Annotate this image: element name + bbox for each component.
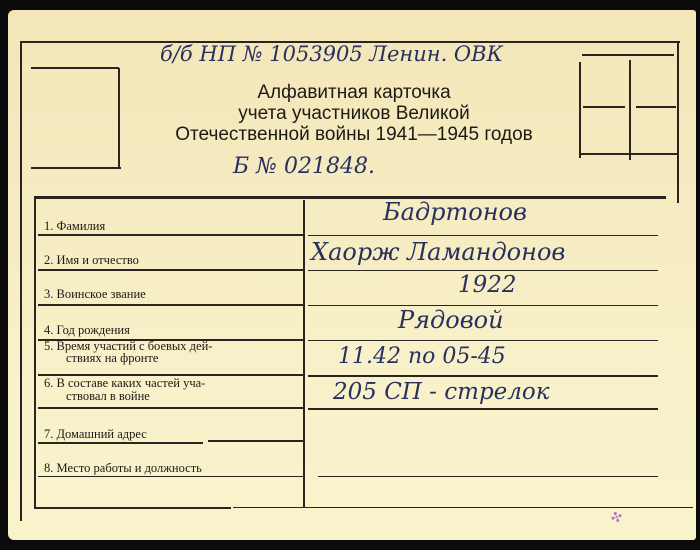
stamp-mark: ✣: [609, 508, 625, 527]
title-line-2: учета участников Великой: [118, 103, 590, 124]
card-title: Алфавитная карточка учета участников Вел…: [118, 82, 590, 145]
right-box-top: [582, 54, 674, 56]
value-line-7: [318, 476, 658, 477]
frame-right-line: [677, 43, 679, 203]
label-units-2: ствовал в войне: [66, 390, 150, 403]
value-rank: Рядовой: [398, 306, 504, 334]
handwritten-header: б/б НП № 1053905 Ленин. ОВК: [160, 42, 503, 66]
table-bottom-line-2: [233, 507, 693, 508]
value-birth-year: 1922: [458, 272, 517, 298]
label-home-address: 7. Домашний адрес: [44, 428, 147, 441]
row-sep-7a: [38, 442, 203, 444]
handwritten-number: Б № 021848.: [233, 154, 375, 179]
value-line-5: [308, 375, 658, 377]
value-surname: Бадртонов: [383, 198, 527, 226]
table-left-line: [34, 198, 36, 509]
value-units: 205 СП - стрелок: [333, 379, 550, 405]
frame-left-line: [20, 43, 22, 521]
left-box-top: [31, 67, 119, 69]
right-box-bottom: [579, 153, 679, 155]
left-box-bottom: [31, 167, 121, 169]
row-sep-1: [38, 234, 303, 236]
value-line-6: [308, 408, 658, 410]
label-rank: 3. Воинское звание: [44, 288, 146, 301]
archive-card: б/б НП № 1053905 Ленин. ОВК Алфавитная к…: [8, 10, 696, 540]
label-name-patronymic: 2. Имя и отчество: [44, 254, 139, 267]
label-service-period-2: ствиях на фронте: [66, 352, 158, 365]
title-line-1: Алфавитная карточка: [118, 82, 590, 103]
row-sep-3: [38, 304, 303, 306]
value-name-patronymic: Хаорж Ламандонов: [311, 238, 565, 266]
title-line-3: Отечественной войны 1941—1945 годов: [118, 124, 590, 145]
right-box-hline-2: [636, 106, 676, 108]
row-sep-6: [38, 407, 303, 409]
value-line-2: [308, 270, 658, 271]
table-top-line: [34, 196, 666, 199]
right-box-middle: [629, 60, 631, 160]
label-surname: 1. Фамилия: [44, 220, 105, 233]
row-sep-7b: [208, 440, 303, 442]
label-workplace: 8. Место работы и должность: [44, 462, 202, 475]
label-birth-year: 4. Год рождения: [44, 324, 130, 337]
row-sep-2: [38, 269, 303, 271]
value-line-4: [308, 340, 658, 341]
column-divider: [303, 200, 305, 508]
value-service-period: 11.42 по 05-45: [338, 344, 506, 369]
table-bottom-line: [35, 507, 231, 509]
row-sep-8: [38, 476, 303, 477]
value-line-1: [308, 235, 658, 236]
